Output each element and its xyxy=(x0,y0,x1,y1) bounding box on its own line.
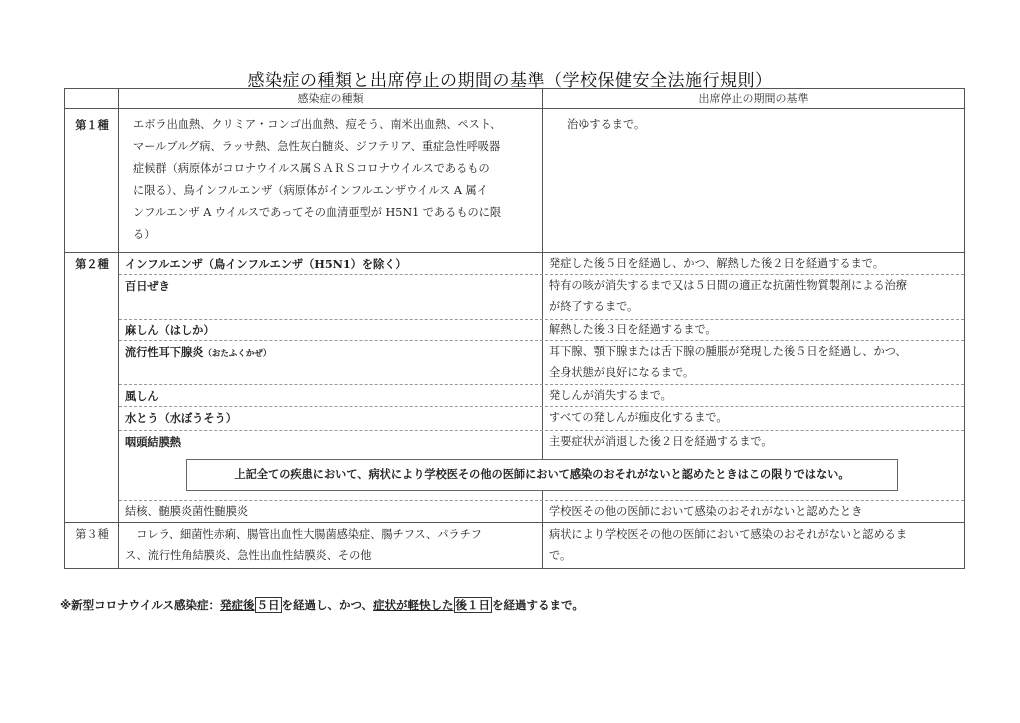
column-divider xyxy=(118,89,119,568)
covid-footnote: ※新型コロナウイルス感染症：発症後５日を経過し、かつ、症状が軽快した後１日を経過… xyxy=(60,595,584,615)
category-1-criteria: 治ゆするまで。 xyxy=(567,114,645,136)
column-divider xyxy=(542,89,543,568)
criteria-rubella: 発しんが消失するまで。 xyxy=(549,385,672,407)
category-1-diseases: エボラ出血熱、クリミア・コンゴ出血熱、痘そう、南米出血熱、ペスト、 マールブルグ… xyxy=(133,114,501,246)
disease-line: マールブルグ病、ラッサ熱、急性灰白髄炎、ジフテリア、重症急性呼吸器 xyxy=(133,136,501,158)
disease-mumps-name: 流行性耳下腺炎 xyxy=(125,345,203,359)
disease-chickenpox: 水とう（水ぼうそう） xyxy=(125,407,237,429)
disease-mumps-note: （おたふくかぜ） xyxy=(203,349,271,359)
criteria-mumps-line2: 全身状態が良好になるまで。 xyxy=(549,362,694,384)
criteria-pertussis-line1: 特有の咳が消失するまで又は５日間の適正な抗菌性物質製剤による治療 xyxy=(549,275,907,297)
criteria-mumps-line1: 耳下腺、顎下腺または舌下腺の腫脹が発現した後５日を経過し、かつ、 xyxy=(549,341,907,363)
criteria-influenza: 発症した後５日を経過し、かつ、解熱した後２日を経過するまで。 xyxy=(549,253,884,275)
disease-measles: 麻しん（はしか） xyxy=(125,319,215,341)
disease-line: る） xyxy=(133,224,501,246)
category-3-criteria-line2: で。 xyxy=(549,545,571,567)
header-disease-type: 感染症の種類 xyxy=(119,89,542,109)
criteria-tuberculosis: 学校医その他の医師において感染のおそれがないと認めたとき xyxy=(549,501,862,523)
disease-line: エボラ出血熱、クリミア・コンゴ出血熱、痘そう、南米出血熱、ペスト、 xyxy=(133,114,501,136)
row-divider xyxy=(119,430,964,431)
category-2-label: 第２種 xyxy=(65,253,119,275)
header-divider xyxy=(65,108,964,109)
category-1-label: 第１種 xyxy=(65,114,119,136)
row-divider xyxy=(119,406,964,407)
criteria-measles: 解熱した後３日を経過するまで。 xyxy=(549,319,717,341)
footnote-part3: 症状が軽快した xyxy=(373,598,454,612)
category-3-diseases-line2: ス、流行性角結膜炎、急性出血性結膜炎、その他 xyxy=(125,545,371,567)
disease-line: ンフルエンザ A ウイルスであってその血清亜型が H5N1 であるものに限 xyxy=(133,202,501,224)
row-divider xyxy=(119,319,964,320)
footnote-prefix: ※新型コロナウイルス感染症： xyxy=(60,598,220,612)
row-divider xyxy=(119,384,964,385)
disease-mumps: 流行性耳下腺炎（おたふくかぜ） xyxy=(125,341,271,365)
criteria-chickenpox: すべての発しんが痂皮化するまで。 xyxy=(549,407,728,429)
footnote-part2: を経過し、かつ、 xyxy=(282,598,374,612)
criteria-table: 感染症の種類 出席停止の期間の基準 第１種 エボラ出血熱、クリミア・コンゴ出血熱… xyxy=(64,88,965,569)
disease-influenza: インフルエンザ（鳥インフルエンザ（H5N1）を除く） xyxy=(125,253,407,275)
row-divider xyxy=(65,522,964,523)
disease-rubella: 風しん xyxy=(125,385,159,407)
criteria-pertussis-line2: が終了するまで。 xyxy=(549,296,638,318)
disease-line: に限る）、鳥インフルエンザ（病原体がインフルエンザウイルス A 属イ xyxy=(133,180,501,202)
category-3-label: 第３種 xyxy=(65,524,119,546)
disease-tuberculosis: 結核、髄膜炎菌性髄膜炎 xyxy=(125,501,248,523)
disease-pharyngoconjunctival-fever: 咽頭結膜熱 xyxy=(125,431,181,453)
disease-pertussis: 百日ぜき xyxy=(125,275,170,297)
header-criteria: 出席停止の期間の基準 xyxy=(543,89,964,109)
category-3-diseases-line1: コレラ、細菌性赤痢、腸管出血性大腸菌感染症、腸チフス、パラチフ xyxy=(125,524,482,546)
criteria-pharyngoconjunctival-fever: 主要症状が消退した後２日を経過するまで。 xyxy=(549,431,773,453)
category-2-note-box: 上記全ての疾患において、病状により学校医その他の医師において感染のおそれがないと… xyxy=(186,459,898,491)
footnote-part4: を経過するまで。 xyxy=(492,598,584,612)
footnote-box-1day: 後１日 xyxy=(454,597,493,613)
category-3-criteria-line1: 病状により学校医その他の医師において感染のおそれがないと認めるま xyxy=(549,524,907,546)
disease-line: 症候群（病原体がコロナウイルス属ＳＡＲＳコロナウイルスであるもの xyxy=(133,158,501,180)
footnote-box-5days: ５日 xyxy=(255,597,282,613)
footnote-part1: 発症後 xyxy=(220,598,255,612)
